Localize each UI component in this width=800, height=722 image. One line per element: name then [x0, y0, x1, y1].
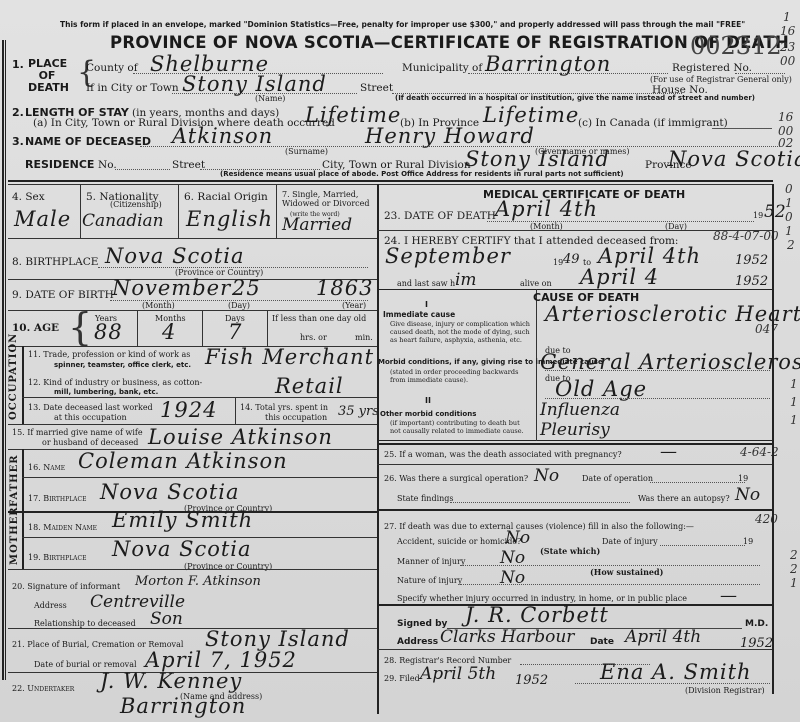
filed-label: 29. Filed [384, 674, 420, 683]
min-label: min. [355, 333, 373, 342]
stay-canada-label: (c) In Canada (if immigrant) [578, 117, 728, 129]
alive-on-value: April 4 [580, 265, 659, 289]
age-years: 88 [94, 320, 123, 344]
total-years-label-2: this occupation [265, 413, 327, 422]
residence-no-label: No. [98, 159, 117, 171]
industry-value: Retail [275, 374, 344, 398]
year-note: (Year) [342, 301, 366, 310]
city-label: If in City or Town [86, 82, 179, 94]
dod-label: 23. DATE OF DEATH [384, 210, 496, 222]
margin-code: 0 [785, 182, 793, 196]
residence-province-value: Nova Scotia [668, 147, 800, 171]
spouse-label-2: or husband of deceased [42, 438, 138, 447]
father-name: Coleman Atkinson [78, 449, 288, 473]
margin-code: 23 [780, 40, 795, 54]
birthplace-label: 8. BIRTHPLACE [12, 256, 98, 268]
physician-address: Clarks Harbour [440, 627, 574, 647]
margin-code: 16 [778, 110, 793, 124]
surgery-value: No [534, 466, 559, 486]
autopsy-label: Was there an autopsy? [638, 494, 730, 503]
signed-by-value: J. R. Corbett [465, 603, 609, 627]
last-worked-label-2: at this occupation [54, 413, 127, 422]
last-worked-value: 1924 [160, 398, 217, 422]
filed-year: 1952 [515, 673, 548, 688]
dod-year-prefix: 19 [753, 211, 763, 220]
operation-date-label: Date of operation [582, 474, 653, 483]
father-name-label: 16. Name [28, 463, 65, 472]
residence-label: RESIDENCE [25, 158, 94, 171]
age-label: 10. AGE [12, 322, 59, 334]
filed-date: April 5th [420, 664, 496, 684]
other-num: II [425, 396, 431, 405]
racial-origin-value: English [186, 207, 273, 231]
place-of-death-label: PLACE OF DEATH [28, 58, 66, 94]
birthplace-value: Nova Scotia [105, 244, 245, 268]
from-year-prefix: 19 [553, 258, 563, 267]
city-value: Stony Island [182, 72, 327, 96]
dob-day: 25 [232, 276, 261, 300]
md-label: M.D. [745, 619, 768, 629]
mother-side-label: MOTHER [9, 506, 20, 565]
last-worked-label: 13. Date deceased last worked [28, 403, 153, 412]
spouse-label: 15. If married give name of wife [12, 428, 143, 437]
margin-code: 1 [790, 377, 798, 391]
margin-code: 1 [790, 413, 798, 427]
last-saw-pronoun: im [455, 270, 477, 290]
occupation-side-label: OCCUPATION [8, 333, 19, 420]
margin-code: 1 [790, 576, 798, 590]
mother-birthplace-label: 19. Birthplace [28, 553, 87, 562]
relationship-value: Son [150, 609, 183, 629]
trade-label: 11. Trade, profession or kind of work as [28, 350, 190, 359]
place-of-death-num: 1. [12, 58, 24, 71]
margin-code: 1 [790, 395, 798, 409]
deceased-label: NAME OF DECEASED [25, 135, 151, 148]
relationship-label: Relationship to deceased [34, 619, 136, 628]
from-year: 49 [563, 252, 580, 267]
dod-year: 52 [764, 202, 786, 222]
immediate-num: I [425, 300, 428, 309]
morbid-help: (stated in order proceeding backwards fr… [390, 368, 530, 384]
sex-label: 4. Sex [12, 191, 45, 203]
brace: { [68, 308, 92, 346]
accident-label: Accident, suicide or homicide? [397, 537, 521, 546]
mother-maiden-name: Emily Smith [112, 508, 253, 532]
autopsy-value: No [735, 485, 760, 505]
specify-place-label: Specify whether injury occurred in indus… [397, 594, 687, 603]
undertaker-address: Barrington [120, 694, 246, 718]
immediate-help: Give disease, injury or complication whi… [390, 320, 530, 344]
physician-address-label: Address [397, 637, 438, 647]
deceased-label-num: 3. [12, 135, 24, 148]
signature-date: April 4th [625, 627, 701, 647]
injury-year-prefix: 19 [743, 537, 753, 546]
residence-note: (Residence means usual place of abode. P… [220, 170, 624, 178]
racial-origin-label: 6. Racial Origin [184, 191, 268, 203]
dod-value: April 4th [495, 197, 598, 221]
total-years-value: 35 yrs [338, 404, 379, 419]
municipality-value: Barrington [485, 52, 611, 76]
attended-from: September [385, 244, 511, 268]
pregnancy-value: — [660, 442, 677, 462]
margin-code: 16 [780, 24, 795, 38]
margin-code: 0 [785, 210, 793, 224]
hrs-label: hrs. or [300, 333, 327, 342]
dob-year: 1863 [316, 276, 373, 300]
undertaker-name: J. W. Kenney [100, 669, 242, 693]
state-which-note: (State which) [540, 546, 600, 556]
accident-value: No [505, 528, 530, 548]
length-of-stay-label-num: 2. [12, 106, 24, 119]
trade-value: Fish Merchant [205, 345, 374, 369]
operation-year-prefix: 19 [738, 474, 748, 483]
margin-code: 2 [790, 562, 798, 576]
month-note: (Month) [142, 301, 175, 310]
surgery-label: 26. Was there a surgical operation? [384, 474, 528, 483]
father-birthplace: Nova Scotia [100, 480, 240, 504]
mother-birthplace: Nova Scotia [112, 537, 252, 561]
deceased-surname: Atkinson [172, 124, 273, 148]
father-side-label: FATHER [9, 454, 20, 507]
dob-month: November [112, 276, 231, 300]
certificate-number: 002312 [690, 32, 782, 60]
informant-signature: Morton F. Atkinson [135, 574, 261, 589]
other-condition-2: Pleurisy [540, 420, 610, 440]
certificate-title: PROVINCE OF NOVA SCOTIA—CERTIFICATE OF R… [110, 33, 789, 52]
external-code: 420 [755, 512, 778, 526]
county-label: County of [86, 62, 138, 74]
nationality-note: (Citizenship) [110, 200, 162, 209]
nature-value: No [500, 568, 525, 588]
registrar-signature: Ena A. Smith [600, 660, 752, 684]
total-years-label: 14. Total yrs. spent in [240, 403, 328, 412]
other-condition-1: Influenza [540, 400, 620, 420]
other-help: (if important) contributing to death but… [390, 419, 530, 435]
undertaker-label: 22. Undertaker [12, 684, 74, 693]
trade-label-2: spinner, teamster, office clerk, etc. [54, 361, 191, 369]
margin-code: 1 [785, 196, 793, 210]
nature-label: Nature of injury [397, 576, 462, 585]
burial-date-label: Date of burial or removal [34, 660, 137, 669]
immediate-label: Immediate cause [383, 310, 455, 319]
age-months: 4 [162, 320, 176, 344]
registrar-note: (Division Registrar) [685, 686, 765, 695]
marital-label: 7. Single, Married, Widowed or Divorced [282, 190, 374, 208]
residence-city-value: Stony Island [465, 147, 610, 171]
last-saw-label: and last saw h [397, 279, 455, 288]
nationality-value: Canadian [82, 211, 164, 231]
margin-code: 1 [783, 10, 791, 24]
spouse-value: Louise Atkinson [148, 425, 333, 449]
findings-label: State findings [397, 494, 454, 503]
age-days: 7 [228, 320, 242, 344]
surname-note: (Surname) [285, 147, 328, 156]
other-label: Other morbid conditions [380, 410, 476, 418]
deceased-given-names: Henry Howard [365, 124, 535, 148]
alive-on-year: 1952 [735, 274, 768, 289]
infant-label: If less than one day old [272, 314, 366, 323]
dob-label: 9. DATE OF BIRTH [12, 289, 114, 301]
hospital-note: (If death occurred in a hospital or inst… [395, 94, 755, 102]
pregnancy-label: 25. If a woman, was the death associated… [384, 450, 622, 459]
mail-notice: This form if placed in an envelope, mark… [60, 20, 745, 29]
margin-code: 1 [785, 224, 793, 238]
immediate-cause-code: 047 [755, 322, 778, 336]
attendance-code: 88-4-07-00 [713, 229, 779, 243]
sex-value: Male [14, 207, 71, 231]
margin-code: 2 [790, 548, 798, 562]
how-sustained-note: (How sustained) [590, 567, 663, 577]
manner-label: Manner of injury [397, 557, 465, 566]
margin-code: 00 [780, 54, 795, 68]
signature-date-label: Date [590, 637, 614, 647]
margin-code: 2 [787, 238, 795, 252]
industry-label-2: mill, lumbering, bank, etc. [54, 388, 158, 396]
name-note: (Name) [255, 94, 285, 103]
manner-value: No [500, 548, 525, 568]
street-label: Street [360, 82, 393, 94]
mother-maiden-label: 18. Maiden Name [28, 523, 97, 532]
informant-address-label: Address [34, 601, 67, 610]
death-certificate: This form if placed in an envelope, mark… [0, 0, 800, 722]
injury-date-label: Date of injury [602, 537, 658, 546]
attended-to-year: 1952 [735, 253, 768, 268]
informant-sig-label: 20. Signature of informant [12, 582, 120, 591]
external-label: 27. If death was due to external causes … [384, 522, 694, 531]
day-note: (Day) [228, 301, 250, 310]
alive-on-label: alive on [520, 279, 552, 288]
father-birthplace-label: 17. Birthplace [28, 494, 87, 503]
registered-no-note: (For use of Registrar General only) [650, 75, 792, 84]
industry-label: 12. Kind of industry or business, as cot… [28, 378, 202, 387]
marital-value: Married [282, 215, 352, 235]
specify-place-value: — [720, 586, 737, 606]
left-border [2, 40, 6, 680]
